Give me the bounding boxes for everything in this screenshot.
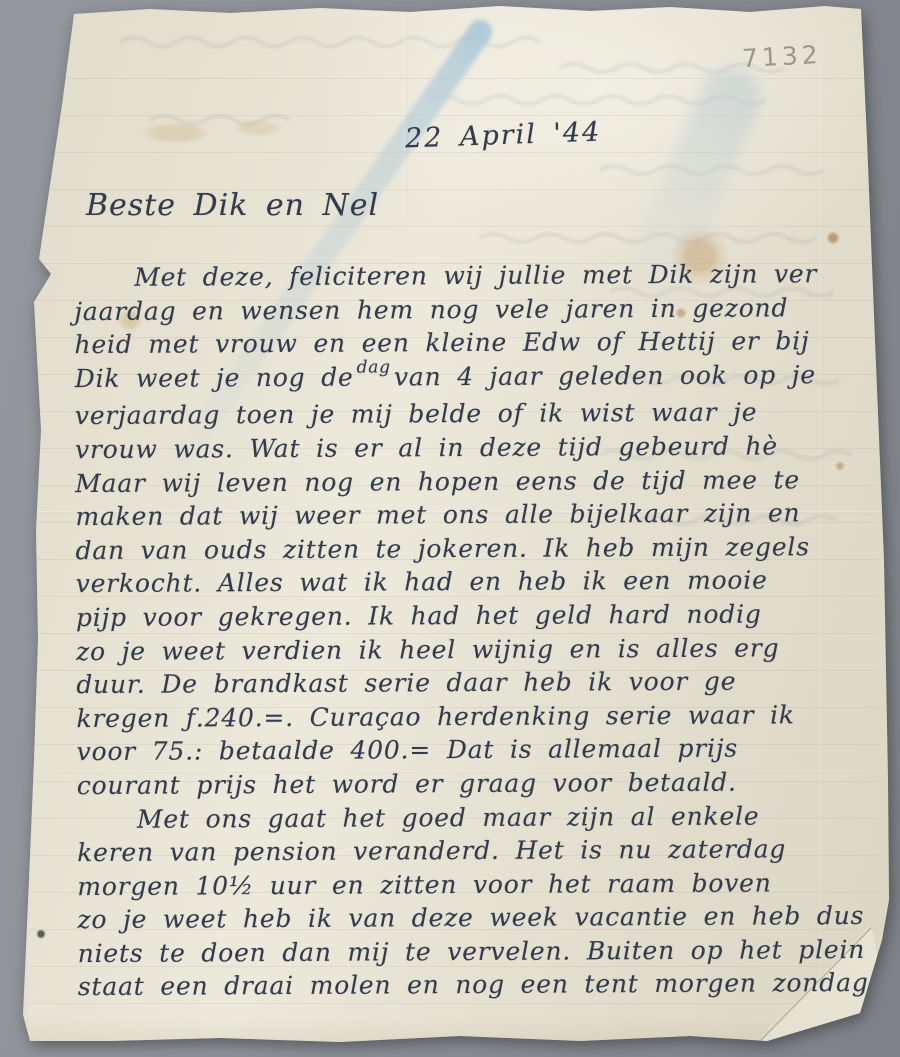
letter-line: courant prijs het word er graag voor bet…: [77, 765, 869, 803]
letter-line: dan van ouds zitten te jokeren. Ik heb m…: [75, 530, 867, 568]
line-text: van 4 jaar geleden ook op je: [394, 360, 816, 391]
letter-line: jaardag en wensen hem nog vele jaren in …: [74, 291, 866, 329]
letter-line: Met deze, feliciteren wij jullie met Dik…: [74, 257, 866, 295]
scanned-letter-photo: 7132 22 April '44 Beste Dik en Nel Met d…: [0, 0, 900, 1057]
letter-line: pijp voor gekregen. Ik had het geld hard…: [76, 597, 868, 635]
letter-paragraph: Met deze, feliciteren wij jullie met Dik…: [74, 257, 869, 803]
letter-line: kregen ƒ.240.=. Curaçao herdenking serie…: [76, 698, 868, 736]
letter-line: zo je weet verdien ik heel wijnig en is …: [76, 630, 868, 668]
letter-paper: 7132 22 April '44 Beste Dik en Nel Met d…: [0, 0, 900, 1057]
letter-line: verkocht. Alles wat ik had en heb ik een…: [76, 563, 868, 601]
letter-line: maken dat wij weer met ons alle bijelkaa…: [75, 496, 867, 534]
letter-line: staat een draai molen en nog een tent mo…: [78, 966, 870, 1004]
letter-paragraph: Met ons gaat het goed maar zijn al enkel…: [77, 798, 870, 1004]
letter-line: morgen 10½ uur en zitten voor het raam b…: [77, 866, 869, 904]
letter-salutation: Beste Dik en Nel: [86, 188, 379, 223]
letter-line: vrouw was. Wat is er al in deze tijd geb…: [75, 429, 867, 467]
letter-line: heid met vrouw en een kleine Edw of Hett…: [74, 324, 866, 362]
paper-shadow-wrap: 7132 22 April '44 Beste Dik en Nel Met d…: [0, 0, 900, 1057]
letter-line: duur. De brandkast serie daar heb ik voo…: [76, 664, 868, 702]
letter-line: verjaardag toen je mij belde of ik wist …: [75, 395, 867, 433]
letter-line: voor 75.: betaalde 400.= Dat is allemaal…: [77, 731, 869, 769]
inserted-word-above-line: dag: [356, 351, 390, 385]
letter-line: niets te doen dan mij te vervelen. Buite…: [78, 933, 870, 971]
letter-line: Met ons gaat het goed maar zijn al enkel…: [77, 798, 869, 836]
letter-content: 22 April '44 Beste Dik en Nel Met deze, …: [0, 0, 900, 1057]
line-text: Dik weet je nog de: [75, 362, 354, 392]
letter-line: Maar wij leven nog en hopen eens de tijd…: [75, 462, 867, 500]
letter-line: Dik weet je nog dedagvan 4 jaar geleden …: [75, 358, 867, 400]
letter-body: Met deze, feliciteren wij jullie met Dik…: [74, 257, 870, 1004]
letter-line: keren van pension veranderd. Het is nu z…: [77, 832, 869, 870]
letter-date: 22 April '44: [405, 117, 602, 155]
letter-line: zo je weet heb ik van deze week vacantie…: [77, 899, 869, 937]
